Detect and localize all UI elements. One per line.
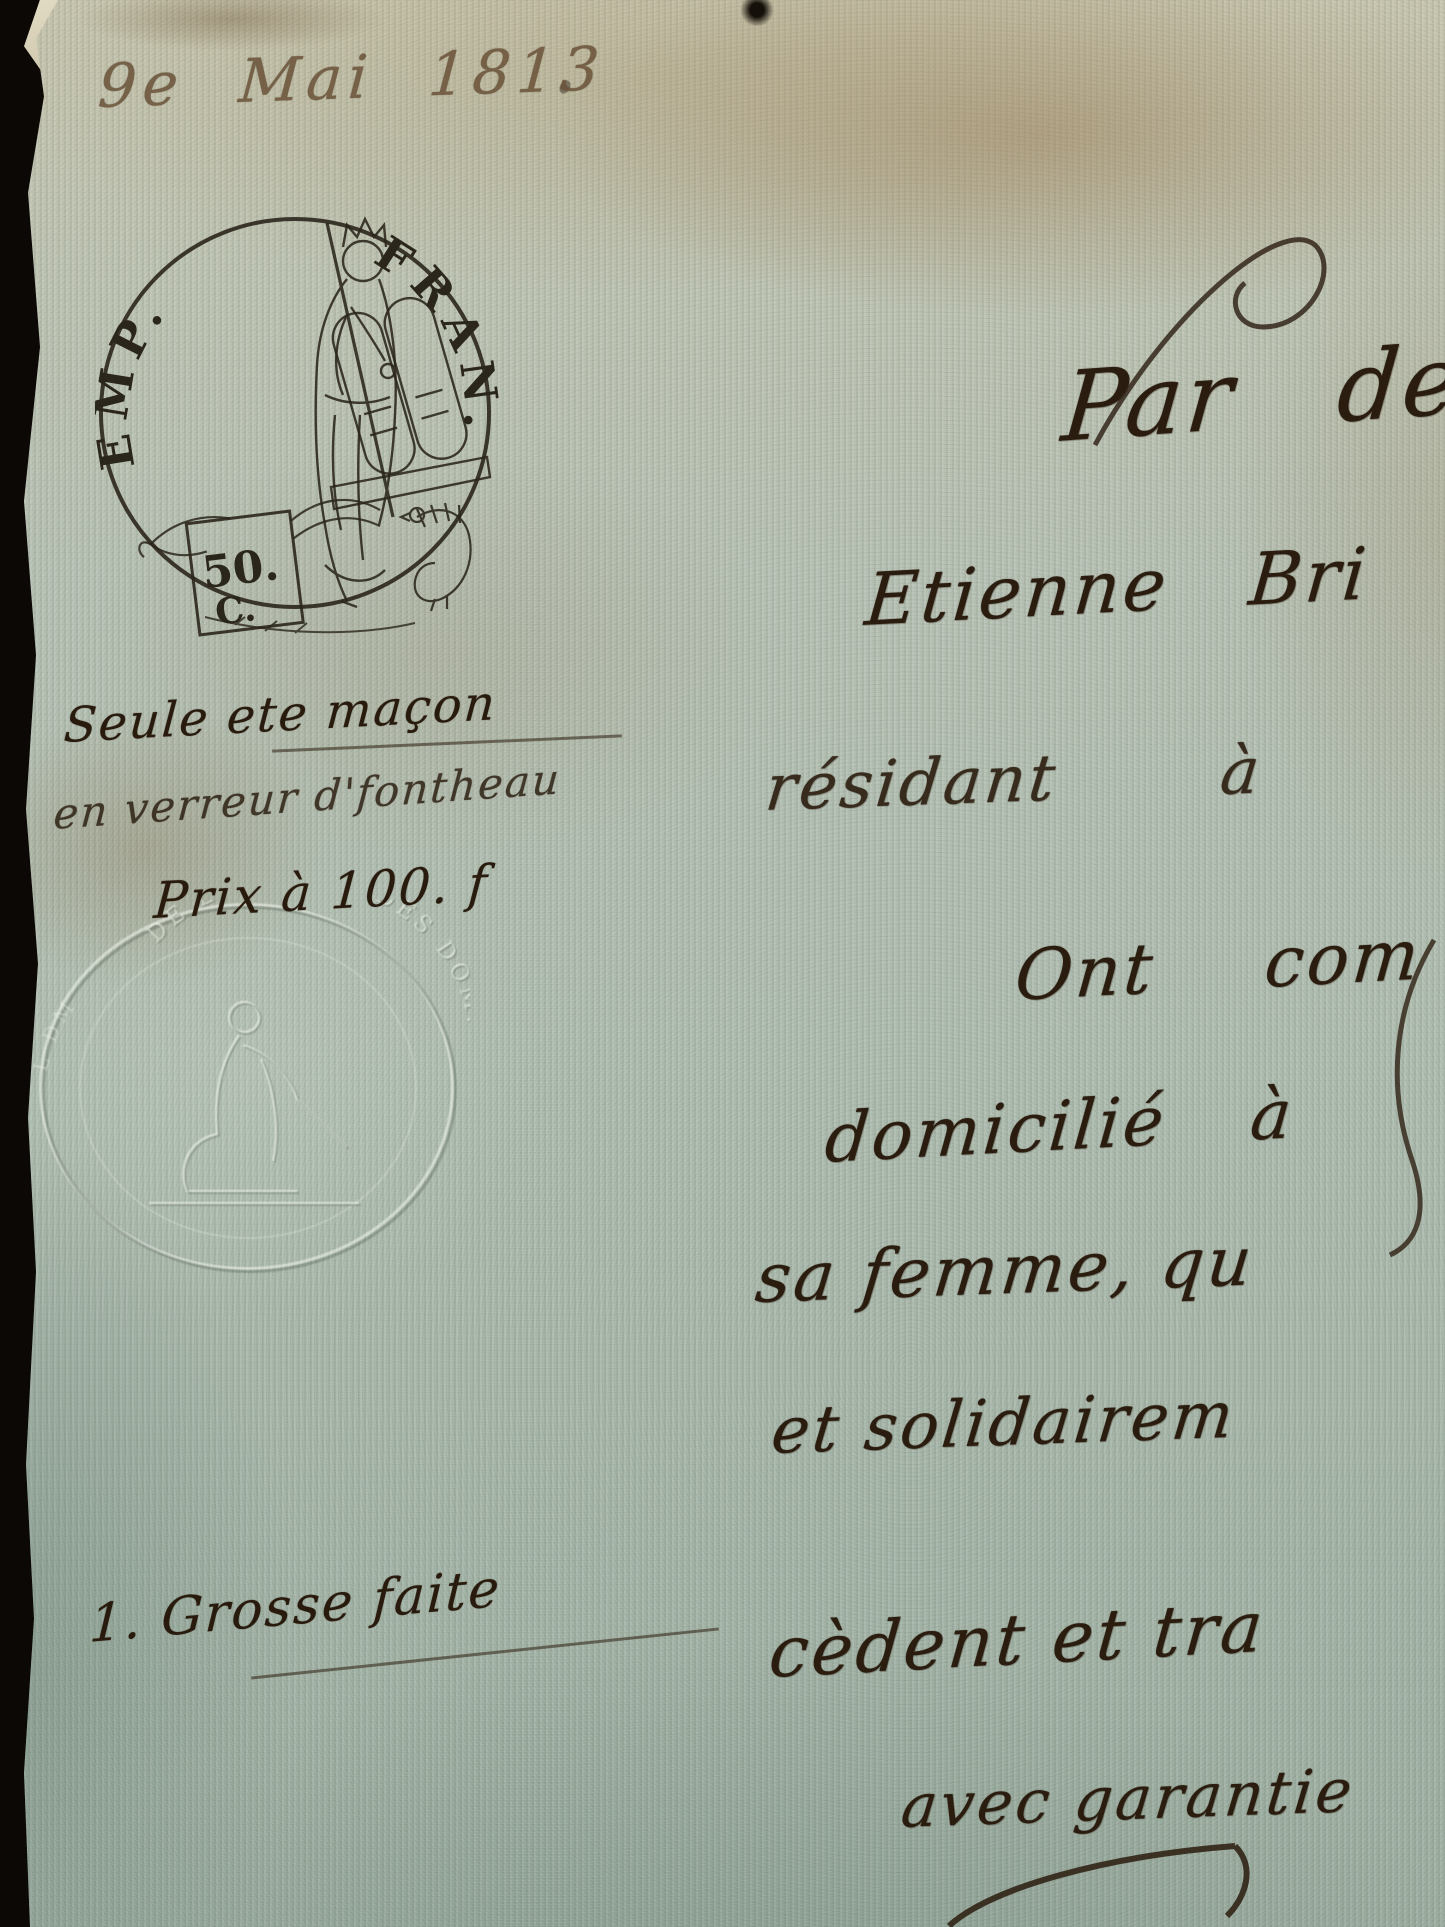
calligraphic-flourish bbox=[1075, 175, 1365, 475]
calligraphic-flourish bbox=[935, 1838, 1265, 1927]
stamp-arc-left-text: EMP. bbox=[95, 282, 179, 474]
seal-rim-text-left: L DM bbox=[30, 993, 82, 1074]
seal-rim bbox=[41, 905, 456, 1272]
eagle bbox=[401, 503, 471, 611]
calligraphic-flourish bbox=[1372, 930, 1445, 1260]
denomination-box: 50. C. bbox=[136, 495, 392, 642]
seal-seated-figure bbox=[149, 1002, 361, 1205]
revenue-stamp: EMP. FRAN. bbox=[95, 165, 500, 660]
embossed-seal: DE L'ENR. ET DES DOM. DE L'ENR. ET DES D… bbox=[30, 900, 470, 1275]
photo-of-manuscript-document: 9e Mai 1813 EMP. FRAN. bbox=[0, 0, 1445, 1927]
